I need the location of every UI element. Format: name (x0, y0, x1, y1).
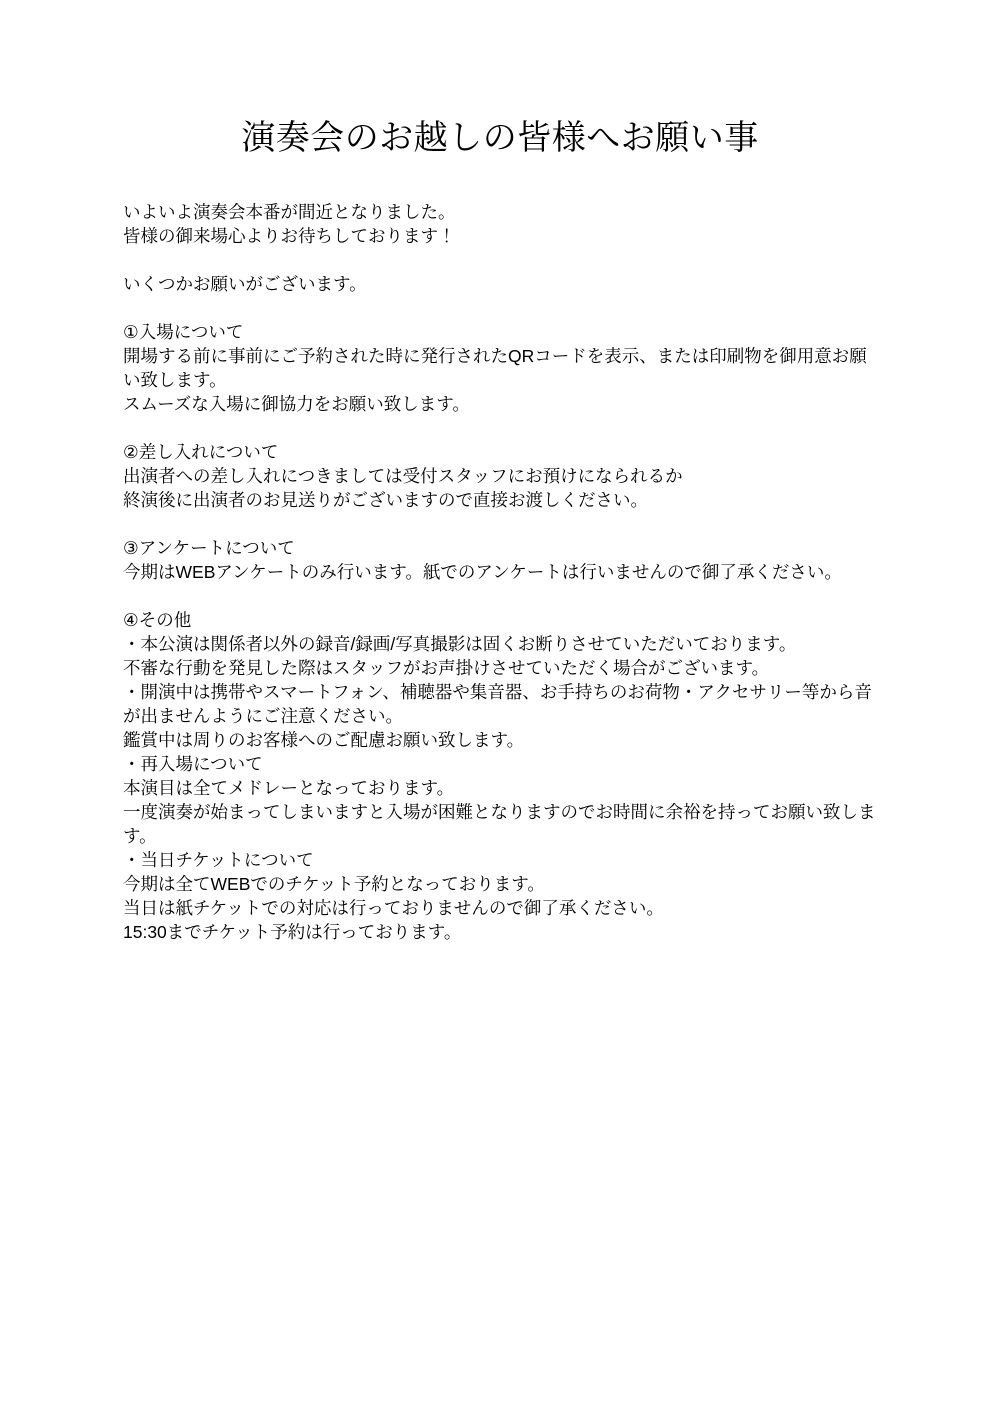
section-4-line-3: ・開演中は携帯やスマートフォン、補聴器や集音器、お手持ちのお荷物・アクセサリー等… (123, 680, 880, 728)
section-1-heading: ①入場について (123, 320, 880, 344)
section-4-line-11: 15:30までチケット予約は行っております。 (123, 920, 880, 944)
section-4-line-7: 一度演奏が始まってしまいますと入場が困難となりますのでお時間に余裕を持ってお願い… (123, 800, 880, 848)
section-4-line-5: ・再入場について (123, 752, 880, 776)
section-1-line-1: 開場する前に事前にご予約された時に発行されたQRコードを表示、または印刷物を御用… (123, 344, 880, 392)
section-4-line-1: ・本公演は関係者以外の録音/録画/写真撮影は固くお断りさせていただいております。 (123, 632, 880, 656)
lead-line: いくつかお願いがございます。 (123, 272, 880, 296)
section-4-line-10: 当日は紙チケットでの対応は行っておりませんので御了承ください。 (123, 896, 880, 920)
section-3-heading: ③アンケートについて (123, 536, 880, 560)
section-2-line-2: 終演後に出演者のお見送りがございますので直接お渡しください。 (123, 488, 880, 512)
section-2-line-1: 出演者への差し入れにつきましては受付スタッフにお預けになられるか (123, 464, 880, 488)
document-body: いよいよ演奏会本番が間近となりました。 皆様の御来場心よりお待ちしております！ … (123, 200, 880, 944)
section-2-heading: ②差し入れについて (123, 440, 880, 464)
section-4-line-8: ・当日チケットについて (123, 848, 880, 872)
section-4-line-4: 鑑賞中は周りのお客様へのご配慮お願い致します。 (123, 728, 880, 752)
section-4-heading: ④その他 (123, 608, 880, 632)
document-title: 演奏会のお越しの皆様へお願い事 (0, 0, 1000, 160)
document-page: 演奏会のお越しの皆様へお願い事 いよいよ演奏会本番が間近となりました。 皆様の御… (0, 0, 1000, 1413)
section-4-line-9: 今期は全てWEBでのチケット予約となっております。 (123, 872, 880, 896)
intro-line-1: いよいよ演奏会本番が間近となりました。 (123, 200, 880, 224)
intro-line-2: 皆様の御来場心よりお待ちしております！ (123, 224, 880, 248)
section-1-line-2: スムーズな入場に御協力をお願い致します。 (123, 392, 880, 416)
section-4-line-6: 本演目は全てメドレーとなっております。 (123, 776, 880, 800)
section-4-line-2: 不審な行動を発見した際はスタッフがお声掛けさせていただく場合がございます。 (123, 656, 880, 680)
section-3-line-1: 今期はWEBアンケートのみ行います。紙でのアンケートは行いませんので御了承くださ… (123, 560, 880, 584)
